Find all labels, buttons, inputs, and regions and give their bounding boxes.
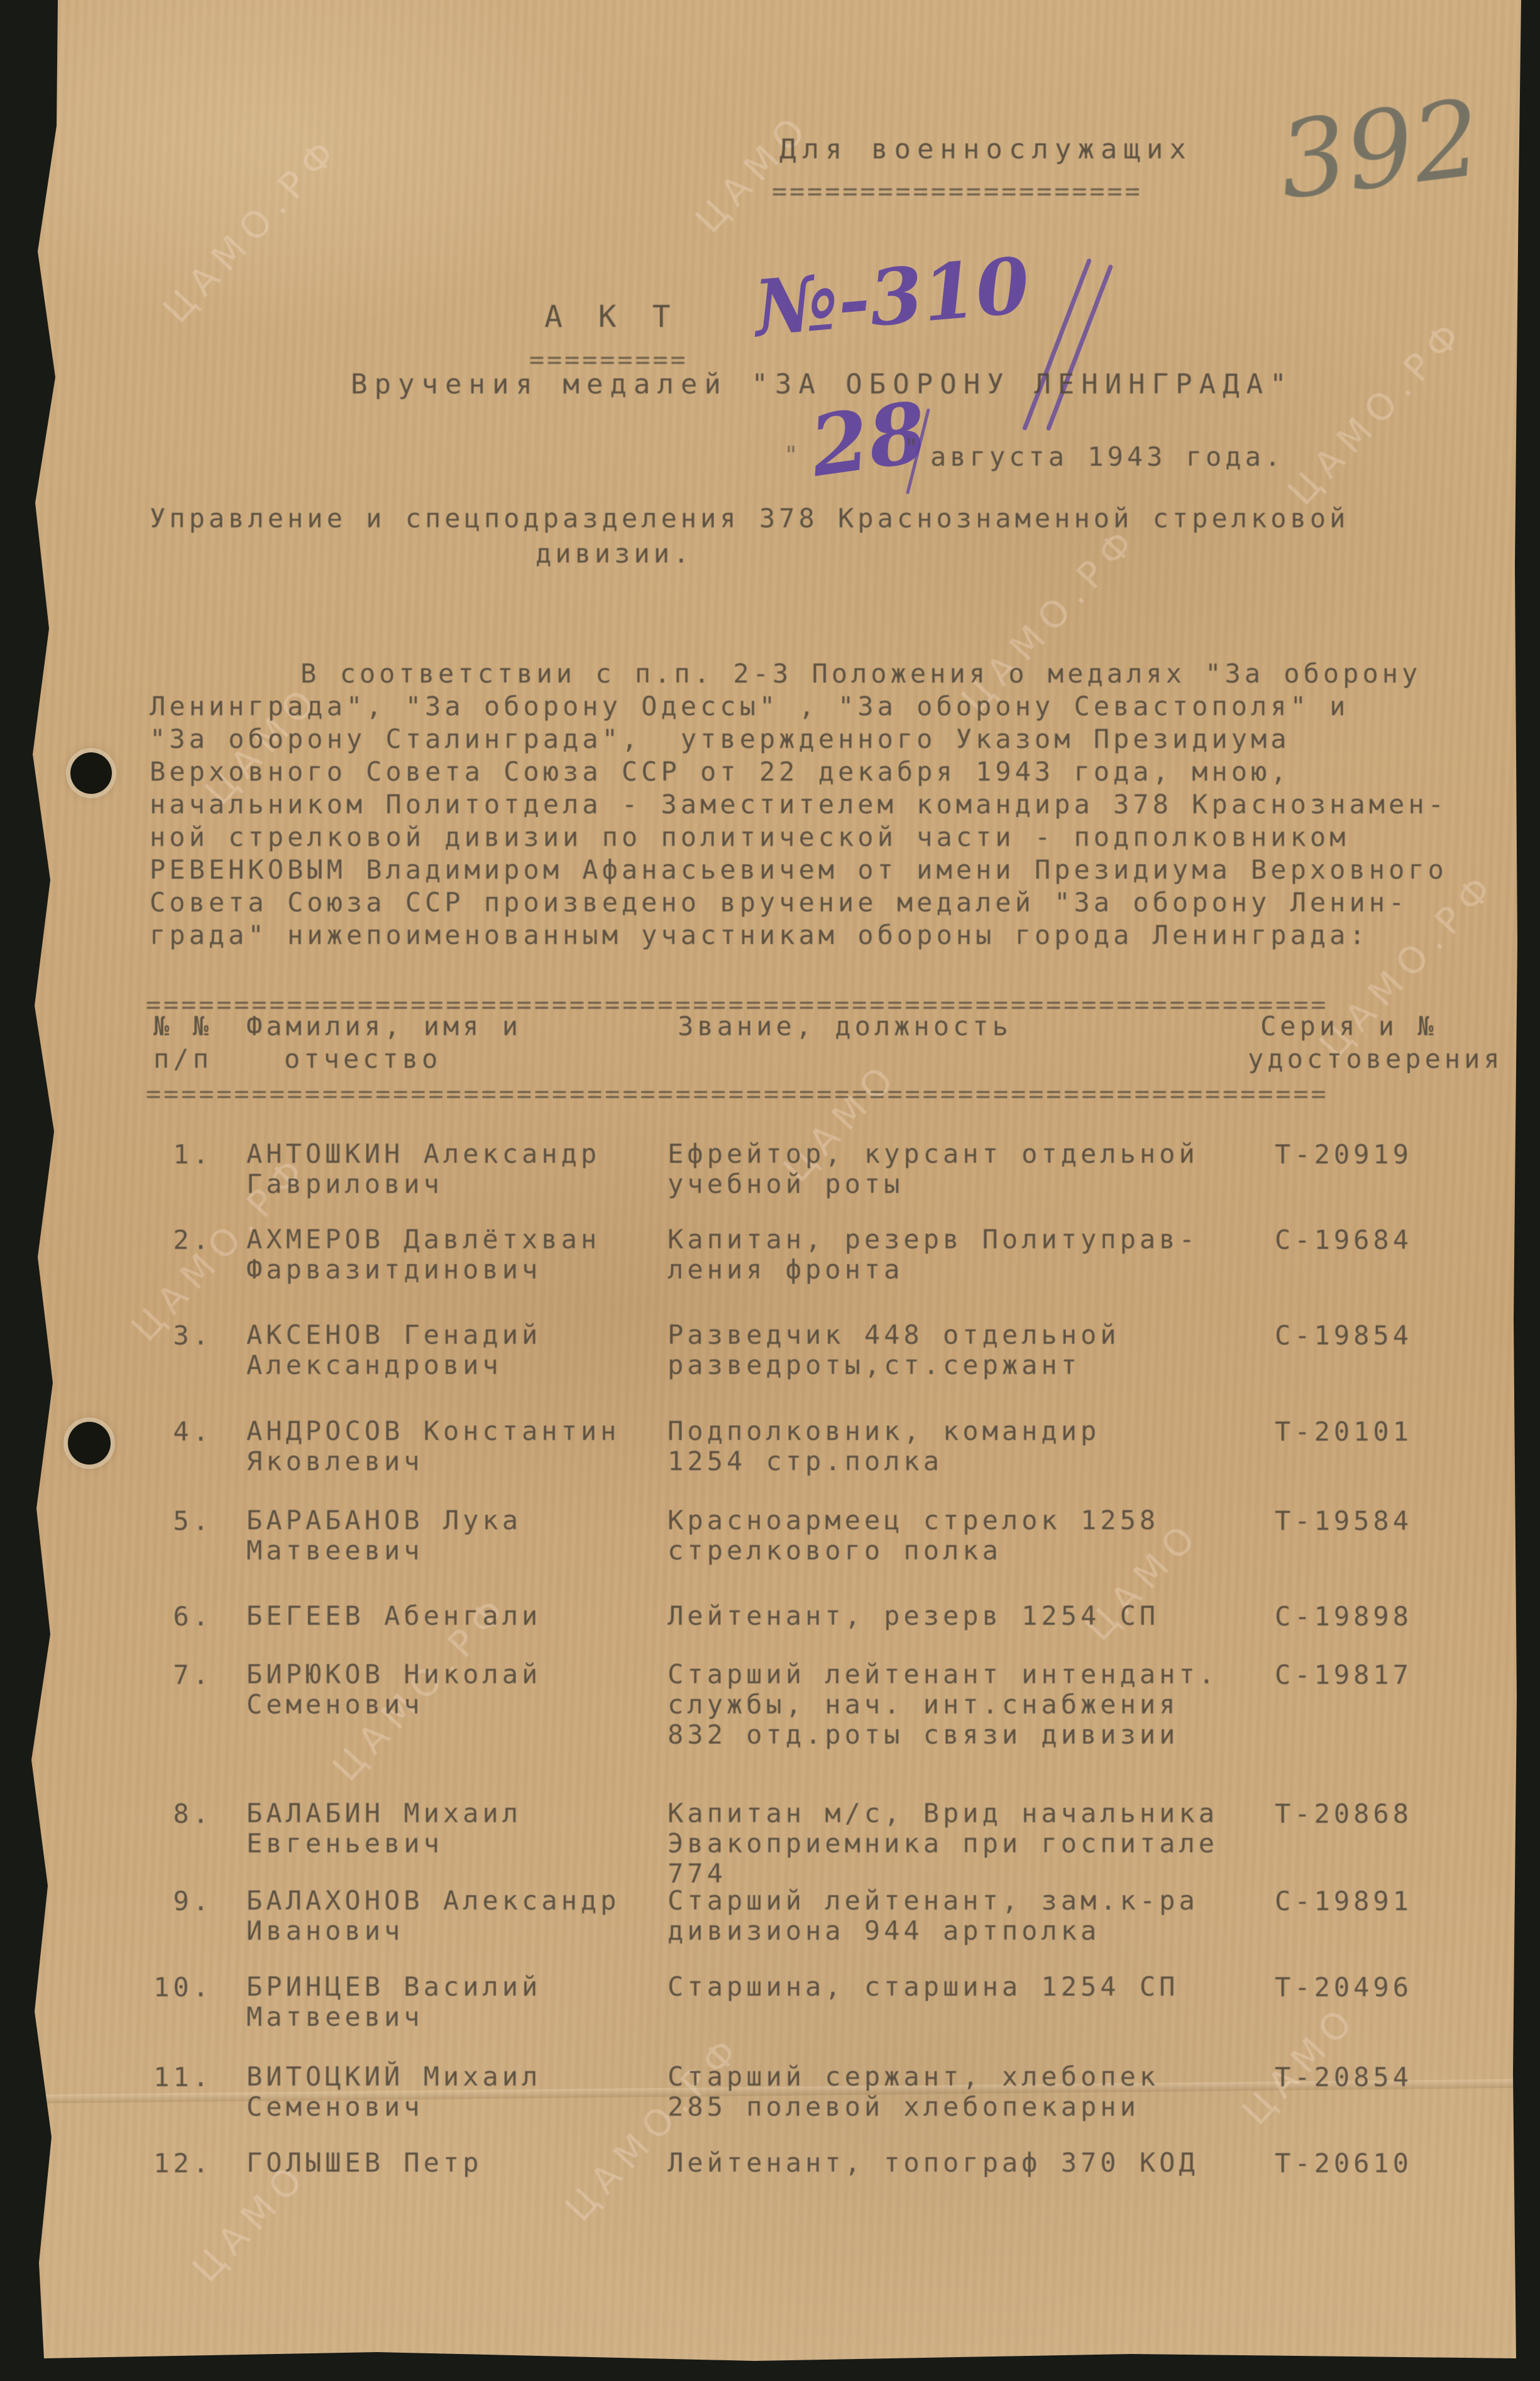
row-certificate: Т-20610 <box>1275 2148 1412 2179</box>
row-name: АКСЕНОВ ГенадийАлександрович <box>246 1320 541 1380</box>
body-paragraph: В соответствии с п.п. 2-3 Положения о ме… <box>150 657 1448 952</box>
row-name: БАРАБАНОВ ЛукаМатвеевич <box>246 1505 522 1566</box>
watermark-text: ЦАМО.РФ <box>155 126 349 331</box>
row-number: 4. <box>150 1416 212 1447</box>
row-name: БЕГЕЕВ Абенгали <box>246 1601 541 1631</box>
row-duty: Старший лейтенант интендант.службы, нач.… <box>668 1659 1218 1750</box>
row-certificate: С-19854 <box>1275 1320 1412 1351</box>
row-number: 10. <box>150 1972 212 2003</box>
row-duty: Капитан м/с, Врид начальникаЭвакоприемни… <box>668 1798 1218 1889</box>
page-number-handwritten: 392 <box>1272 76 1487 223</box>
row-number: 5. <box>150 1505 212 1536</box>
row-number: 9. <box>150 1886 212 1916</box>
row-number: 8. <box>150 1798 212 1829</box>
row-number: 12. <box>150 2148 212 2179</box>
hole-punch <box>68 1422 111 1465</box>
date-text: августа 1943 года. <box>930 441 1284 472</box>
row-name: АНДРОСОВ КонстантинЯковлевич <box>246 1416 620 1476</box>
watermark-text: ЦАМО.РФ <box>1280 309 1475 514</box>
col-name-header-line1: Фамилия, имя и <box>246 1011 522 1042</box>
row-duty: Разведчик 448 отдельнойразведроты,ст.сер… <box>668 1320 1120 1380</box>
row-certificate: С-19891 <box>1275 1886 1412 1916</box>
col-name-header-line2: отчество <box>284 1043 441 1074</box>
row-name: ГОЛЫШЕВ Петр <box>246 2148 482 2178</box>
row-certificate: Т-20868 <box>1275 1798 1412 1829</box>
row-certificate: С-19817 <box>1275 1659 1412 1690</box>
unit-line-2: дивизии. <box>536 538 693 569</box>
table-separator-mid: ========================================… <box>146 1080 1329 1109</box>
row-duty: Лейтенант, топограф 370 КОД <box>668 2148 1199 2178</box>
row-number: 7. <box>150 1659 212 1690</box>
act-number-handwritten: №-310 <box>751 239 1033 354</box>
row-duty: Капитан, резерв Политуправ-ления фронта <box>668 1224 1199 1285</box>
col-cert-header-line2: удостоверения <box>1248 1043 1504 1074</box>
classification-header: Для военнослужащих <box>779 133 1192 165</box>
row-number: 1. <box>150 1139 212 1170</box>
row-name: БАЛАБИН МихаилЕвгеньевич <box>246 1798 522 1859</box>
col-rank-header: Звание, должность <box>678 1011 1012 1042</box>
hole-punch <box>70 752 112 794</box>
act-subtitle: Вручения медалей "ЗА ОБОРОНУ ЛЕНИНГРАДА" <box>351 368 1294 400</box>
row-certificate: С-19684 <box>1275 1224 1412 1255</box>
row-name: ВИТОЦКИЙ МихаилСеменович <box>246 2062 541 2122</box>
col-num-header-line1: № № <box>153 1011 212 1042</box>
watermark-text: ЦАМО.РФ <box>557 2025 752 2230</box>
row-number: 6. <box>150 1601 212 1632</box>
col-cert-header-line1: Серия и № <box>1260 1011 1438 1042</box>
watermark-text: ЦАМО <box>687 103 820 241</box>
unit-line-1: Управление и спецподразделения 378 Красн… <box>150 503 1349 534</box>
row-name: БРИНЦЕВ ВасилийМатвеевич <box>246 1972 541 2032</box>
act-title: А К Т <box>544 299 679 334</box>
row-duty: Старший сержант, хлебопек285 полевой хле… <box>668 2062 1159 2122</box>
row-duty: Красноармеец стрелок 1258стрелкового пол… <box>668 1505 1159 1566</box>
row-number: 3. <box>150 1320 212 1351</box>
date-open-quote: " <box>784 441 802 469</box>
row-certificate: Т-20854 <box>1275 2062 1412 2092</box>
row-name: АХМЕРОВ ДавлётхванФарвазитдинович <box>246 1224 600 1285</box>
row-number: 11. <box>150 2062 212 2092</box>
row-duty: Подполковник, командир1254 стр.полка <box>668 1416 1100 1476</box>
row-number: 2. <box>150 1224 212 1255</box>
row-certificate: Т-19584 <box>1275 1505 1412 1536</box>
row-duty: Ефрейтор, курсант отдельнойучебной роты <box>668 1139 1199 1199</box>
row-name: БИРЮКОВ НиколайСеменович <box>246 1659 541 1720</box>
document-page: ЦАМО.РФЦАМОЦАМО.РФЦАМОЦАМО.РФЦАМО.РФЦАМО… <box>0 0 1540 2381</box>
row-certificate: Т-20101 <box>1275 1416 1412 1447</box>
col-num-header-line2: п/п <box>153 1043 212 1074</box>
classification-underline: ===================== <box>772 177 1143 206</box>
row-duty: Старшина, старшина 1254 СП <box>668 1972 1179 2002</box>
scan-background: { "watermark": { "text": "ЦАМО.РФ", "tex… <box>0 0 1540 2381</box>
row-name: АНТОШКИН АлександрГаврилович <box>246 1139 600 1199</box>
row-name: БАЛАХОНОВ АлександрИванович <box>246 1886 620 1946</box>
row-certificate: Т-20919 <box>1275 1139 1412 1170</box>
row-duty: Старший лейтенант, зам.к-радивизиона 944… <box>668 1886 1199 1946</box>
row-certificate: С-19898 <box>1275 1601 1412 1632</box>
row-duty: Лейтенант, резерв 1254 СП <box>668 1601 1159 1631</box>
row-certificate: Т-20496 <box>1275 1972 1412 2003</box>
